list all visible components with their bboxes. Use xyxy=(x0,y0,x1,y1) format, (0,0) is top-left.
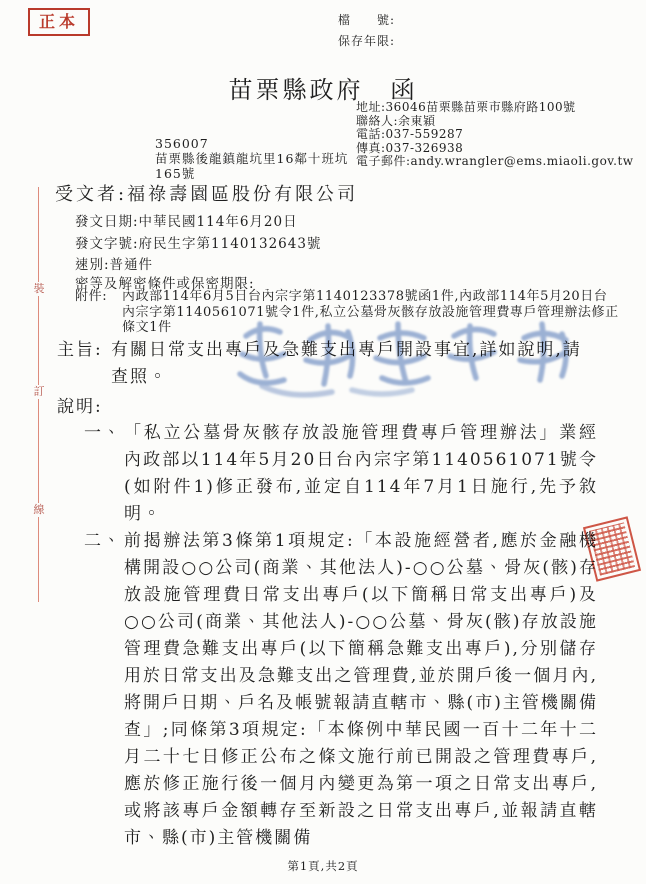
official-letter-page: 正本 檔 號: 保存年限: 苗栗縣政府 函 地址:36046苗栗縣苗栗市縣府路1… xyxy=(0,0,646,884)
agency-contact-person: 聯絡人:余東穎 xyxy=(356,115,634,129)
agency-address: 地址:36046苗栗縣苗栗市縣府路100號 xyxy=(356,101,634,115)
subject-text: 有關日常支出專戶及急難支出專戶開設事宜,詳如說明,請查照。 xyxy=(111,337,591,391)
priority-line: 速別:普通件 xyxy=(75,253,153,273)
binding-char-zhuang: 裝 xyxy=(29,282,49,296)
explanation-section-label: 說明: xyxy=(57,392,103,417)
recipient-line: 受文者:福祿壽園區股份有限公司 xyxy=(55,180,358,206)
agency-phone: 電話:037-559287 xyxy=(356,128,634,142)
original-copy-stamp: 正本 xyxy=(28,8,90,36)
red-seal-text-texture xyxy=(589,522,635,575)
attachment-label: 附件: xyxy=(75,289,122,336)
page-footer: 第1頁,共2頁 xyxy=(0,858,646,874)
attachment-text: 內政部114年6月5日台內宗字第1140123378號函1件,內政部114年5月… xyxy=(122,289,620,336)
recipient-address-line1: 苗栗縣後龍鎮龍坑里16鄰十班坑 xyxy=(155,151,348,166)
attachment-row: 附件: 內政部114年6月5日台內宗字第1140123378號函1件,內政部11… xyxy=(75,289,620,336)
explanation-item-1: 一、 「私立公墓骨灰骸存放設施管理費專戶管理辦法」業經內政部以114年5月20日… xyxy=(84,420,598,528)
explanation-items: 一、 「私立公墓骨灰骸存放設施管理費專戶管理辦法」業經內政部以114年5月20日… xyxy=(84,420,598,852)
explanation-item-2: 二、 前揭辦法第3條第1項規定:「本設施經營者,應於金融機構開設○○公司(商業、… xyxy=(84,528,598,852)
issue-date-line: 發文日期:中華民國114年6月20日 xyxy=(75,210,298,230)
binding-char-xian: 線 xyxy=(29,503,49,517)
item-text: 「私立公墓骨灰骸存放設施管理費專戶管理辦法」業經內政部以114年5月20日台內宗… xyxy=(124,420,598,528)
agency-email: 電子郵件:andy.wrangler@ems.miaoli.gov.tw xyxy=(356,155,634,169)
agency-contact-block: 地址:36046苗栗縣苗栗市縣府路100號 聯絡人:余東穎 電話:037-559… xyxy=(356,101,634,169)
recipient-postal-code: 356007 xyxy=(155,136,348,151)
agency-fax: 傳真:037-326938 xyxy=(356,142,634,156)
retention-period-label: 保存年限: xyxy=(338,31,395,52)
subject-label: 主旨: xyxy=(57,337,111,391)
item-number: 二、 xyxy=(84,528,124,852)
subject-row: 主旨: 有關日常支出專戶及急難支出專戶開設事宜,詳如說明,請查照。 xyxy=(57,337,591,391)
recipient-address-line2: 165號 xyxy=(155,166,348,181)
file-number-label: 檔 號: xyxy=(338,10,395,31)
item-text: 前揭辦法第3條第1項規定:「本設施經營者,應於金融機構開設○○公司(商業、其他法… xyxy=(124,528,598,852)
binding-char-ding: 訂 xyxy=(29,385,49,399)
item-number: 一、 xyxy=(84,420,124,528)
document-number-line: 發文字號:府民生字第1140132643號 xyxy=(75,232,321,252)
file-number-block: 檔 號: 保存年限: xyxy=(338,10,395,52)
recipient-address-block: 356007 苗栗縣後龍鎮龍坑里16鄰十班坑 165號 xyxy=(155,136,348,181)
